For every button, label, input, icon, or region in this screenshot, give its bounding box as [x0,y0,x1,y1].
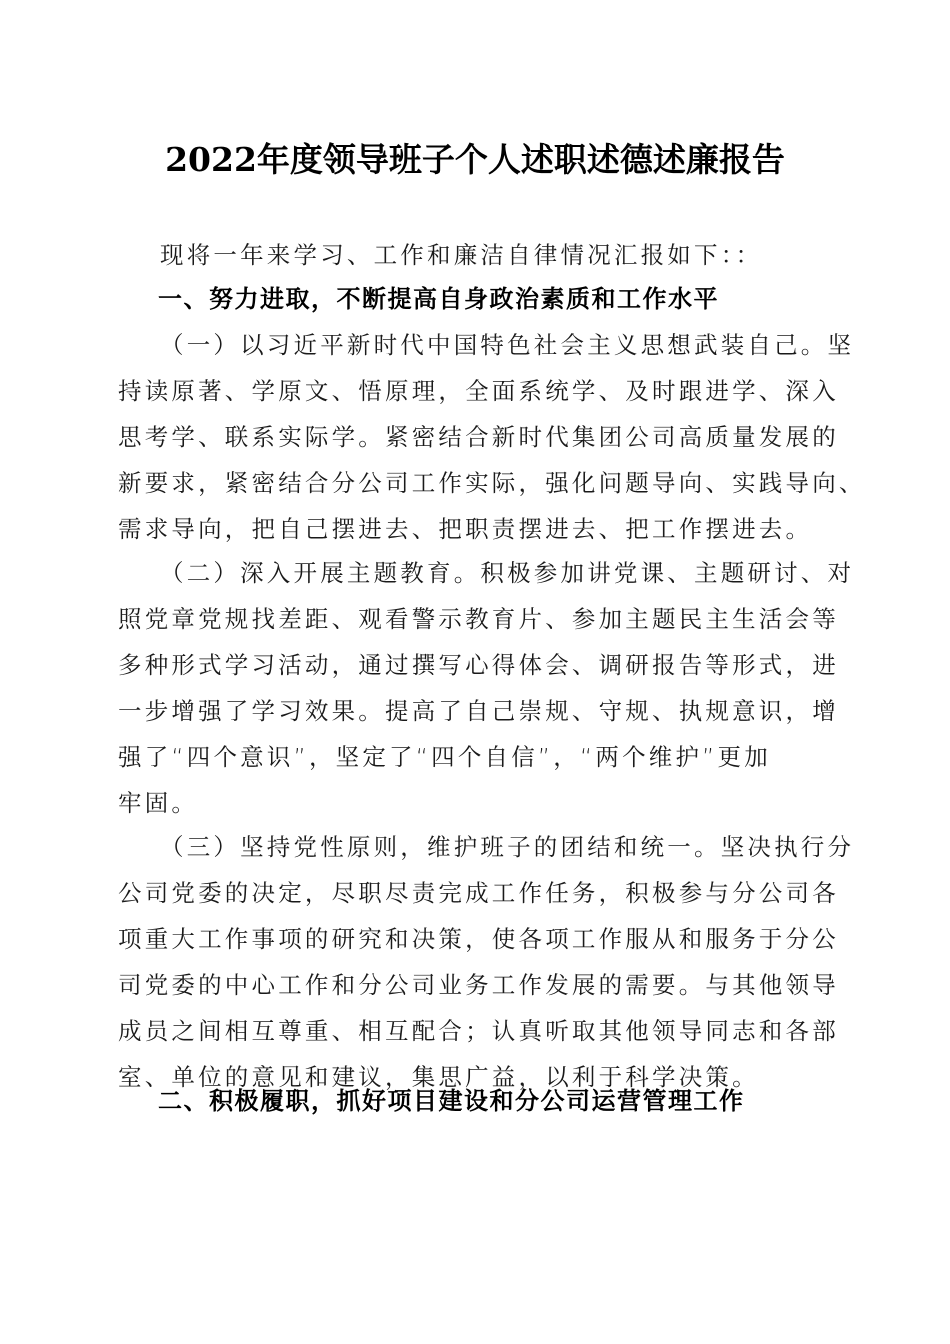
paragraph-line: 公司党委的决定，尽职尽责完成工作任务，积极参与分公司各 [118,870,838,916]
paragraph-line: 强了“四个意识”，坚定了“四个自信”，“两个维护”更加 [118,734,838,780]
section-heading-1: 一、努力进取，不断提高自身政治素质和工作水平 [158,276,719,322]
section-heading-2: 二、积极履职，抓好项目建设和分公司运营管理工作 [158,1078,745,1124]
paragraph-line: （一）以习近平新时代中国特色社会主义思想武装自己。坚 [118,322,838,368]
paragraph-line: 司党委的中心工作和分公司业务工作发展的需要。与其他领导 [118,962,838,1008]
document-title: 2022年度领导班子个人述职述德述廉报告 [0,138,950,182]
paragraph-line: （二）深入开展主题教育。积极参加讲党课、主题研讨、对 [118,550,838,596]
paragraph-line: 牢固。 [118,780,838,826]
paragraph-3: （三）坚持党性原则，维护班子的团结和统一。坚决执行分 公司党委的决定，尽职尽责完… [118,824,838,1100]
paragraph-line: 项重大工作事项的研究和决策，使各项工作服从和服务于分公 [118,916,838,962]
paragraph-line: 一步增强了学习效果。提高了自己崇规、守规、执规意识，增 [118,688,838,734]
paragraph-line: 持读原著、学原文、悟原理，全面系统学、及时跟进学、深入 [118,368,838,414]
intro-paragraph: 现将一年来学习、工作和廉洁自律情况汇报如下：： [160,232,762,278]
paragraph-line: 照党章党规找差距、观看警示教育片、参加主题民主生活会等 [118,596,838,642]
paragraph-line: 新要求，紧密结合分公司工作实际，强化问题导向、实践导向、 [118,460,838,506]
paragraph-2: （二）深入开展主题教育。积极参加讲党课、主题研讨、对 照党章党规找差距、观看警示… [118,550,838,826]
paragraph-line: 需求导向，把自己摆进去、把职责摆进去、把工作摆进去。 [118,506,838,552]
paragraph-line: 成员之间相互尊重、相互配合；认真听取其他领导同志和各部 [118,1008,838,1054]
paragraph-line: （三）坚持党性原则，维护班子的团结和统一。坚决执行分 [118,824,838,870]
paragraph-line: 思考学、联系实际学。紧密结合新时代集团公司高质量发展的 [118,414,838,460]
paragraph-1: （一）以习近平新时代中国特色社会主义思想武装自己。坚 持读原著、学原文、悟原理，… [118,322,838,552]
document-page: 2022年度领导班子个人述职述德述廉报告 现将一年来学习、工作和廉洁自律情况汇报… [0,0,950,1344]
paragraph-line: 多种形式学习活动，通过撰写心得体会、调研报告等形式，进 [118,642,838,688]
